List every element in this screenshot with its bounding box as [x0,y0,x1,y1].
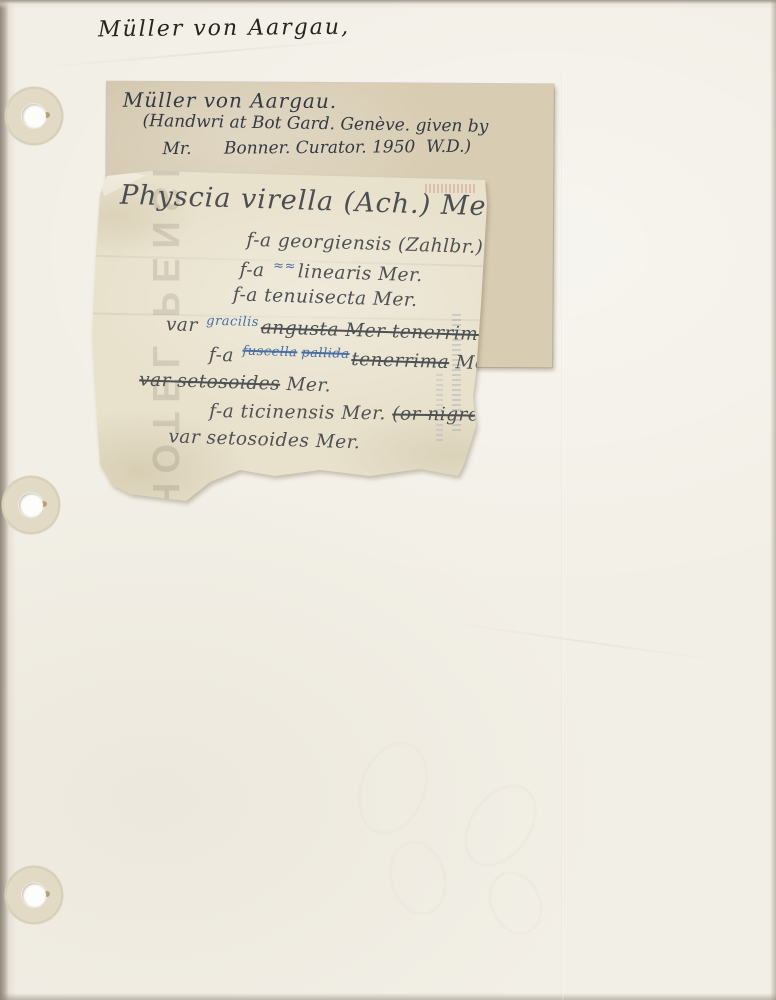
scan-edge-right [770,0,776,1000]
text-segment: (or nigrescens Mer [392,403,581,427]
scrap-line: f-a fuscellapallidatenerrima Mer. [209,343,501,375]
scrap-line: var setosoides Mer. [168,426,361,453]
text-segment: tenerrima [351,349,450,373]
scan-edge-top [0,0,776,9]
scrap-line: var gracilisangusta Mer tenerrima Mer. [166,312,542,347]
scrap-line: f-a tenuisecta Mer. [233,284,418,311]
text-segment: ) [580,406,588,427]
text-segment: ≈≈ [271,258,298,274]
card-provenance-line: Mr. Bonner. Curator. 1950 W.D.) [162,137,471,159]
text-segment: f-a tenuisecta Mer. [233,284,418,311]
paper-crease [431,619,728,663]
scrap-line: f-a ≈≈linearis Mer. [239,257,423,286]
scrap-line: f-a ticinensis Mer. (or nigrescens Mer) [209,401,588,427]
text-segment: f-a [209,345,241,367]
punch-hole-middle [0,474,62,536]
punch-hole-bottom [3,864,65,926]
text-segment: f-a georgiensis (Zahlbr.) Mer [246,230,530,260]
species-title: Physcia virella (Ach.) Mer. [119,180,507,223]
text-segment: fuscella [240,344,299,361]
punch-hole-top [3,85,65,147]
page-annotation: Müller von Aargau, [98,15,350,43]
card-heading: Müller von Aargau. [123,88,338,113]
text-segment: angusta Mer tenerrima [260,317,490,345]
text-segment: linearis Mer. [297,261,423,286]
scrap-handwriting: Physcia virella (Ach.) Mer. f-a georgien… [80,163,493,517]
paper-crease [561,75,564,1000]
scrap-paper: HOTEL PENSIO Physcia virella (Ach.) Mer.… [90,164,492,506]
card-provenance-line: (Handwri at Bot Gard. Genève. given by [142,111,488,137]
text-segment: gracilis [204,313,261,330]
species-lines: f-a georgiensis (Zahlbr.) Merf-a ≈≈linea… [91,163,493,176]
text-segment: var [166,314,205,336]
paper-watermark [350,720,570,950]
scan-edge-bottom [0,993,776,1000]
scrap-line: var setosoides Mer. [139,369,332,396]
text-segment: var setosoides Mer. [168,426,361,453]
text-segment: Mer. [280,374,332,397]
text-segment: f-a [239,259,271,281]
text-segment: f-a ticinensis Mer. [209,401,392,425]
text-segment: pallida [299,345,352,362]
paper-crease [41,38,370,69]
scanned-page: Müller von Aargau, Müller von Aargau. (H… [0,0,776,1000]
text-segment: var setosoides [139,369,281,394]
scrap-line: f-a georgiensis (Zahlbr.) Mer [246,230,530,260]
torn-note-scrap: HOTEL PENSIO Physcia virella (Ach.) Mer.… [90,164,492,506]
